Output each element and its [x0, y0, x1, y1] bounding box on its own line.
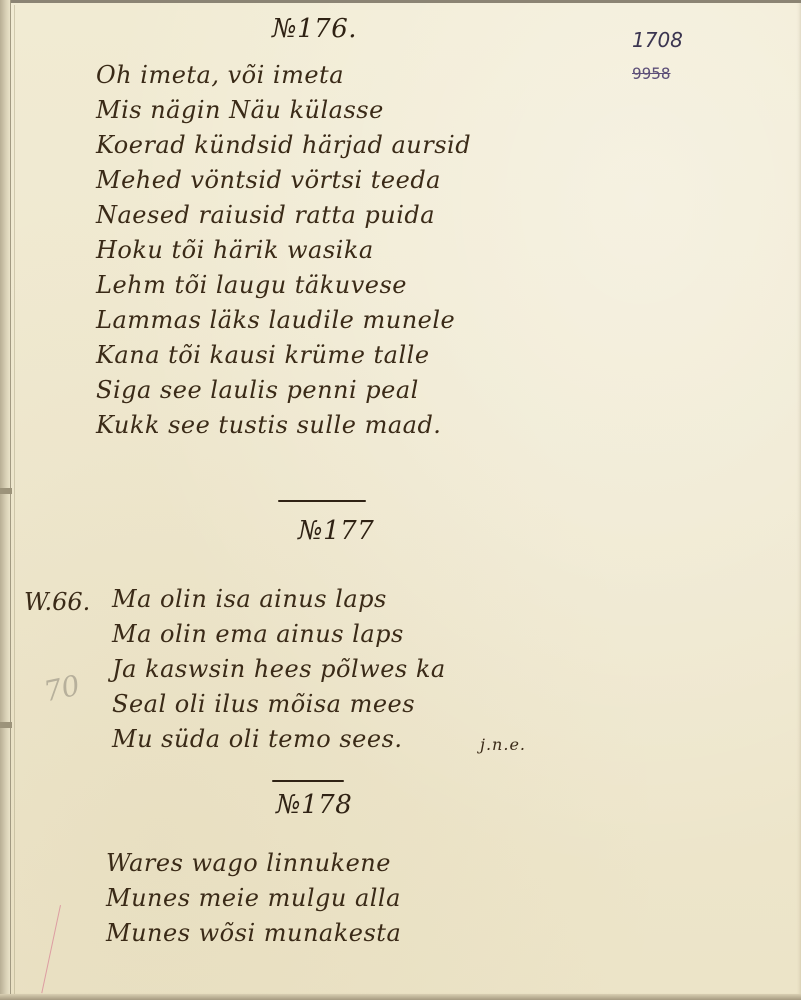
verse-line: Ja kaswsin hees põlwes ka [112, 652, 446, 687]
verse-line: Kukk see tustis sulle maad. [96, 408, 471, 443]
verse-line: Ma olin ema ainus laps [112, 617, 446, 652]
archive-number: 1708 [632, 28, 683, 52]
verse-line: Mehed vöntsid vörtsi teeda [96, 163, 471, 198]
song-178-verse: Wares wago linnukene Munes meie mulgu al… [106, 846, 401, 951]
verse-line: Ma olin isa ainus laps [112, 582, 446, 617]
binding-stitch [0, 722, 12, 728]
verse-line: Munes wõsi munakesta [106, 916, 401, 951]
binding-stitch [0, 488, 12, 494]
page-fold-line [14, 5, 15, 995]
song-176-heading: №176. [272, 14, 357, 44]
verse-line: Naesed raiusid ratta puida [96, 198, 471, 233]
verse-line: Koerad kündsid härjad aursid [96, 128, 471, 163]
verse-line: Mu süda oli temo sees. [112, 722, 446, 757]
verse-line: Kana tõi kausi krüme talle [96, 338, 471, 373]
song-177-verse: Ma olin isa ainus laps Ma olin ema ainus… [112, 582, 446, 757]
page-top-edge [0, 0, 801, 3]
margin-pink-rule [41, 905, 61, 993]
verse-line: Lehm tõi laugu täkuvese [96, 268, 471, 303]
pencil-margin-note: 70 [41, 669, 83, 709]
verse-line: Oh imeta, või imeta [96, 58, 471, 93]
verse-line: Siga see laulis penni peal [96, 373, 471, 408]
verse-line: Munes meie mulgu alla [106, 881, 401, 916]
verse-line: Hoku tõi härik wasika [96, 233, 471, 268]
archive-number-crossed-out: 9958 [632, 64, 671, 83]
verse-line: Seal oli ilus mõisa mees [112, 687, 446, 722]
verse-line: Wares wago linnukene [106, 846, 401, 881]
page-bottom-edge [0, 994, 801, 1000]
page-binding-edge [0, 0, 11, 1000]
manuscript-page: 1708 9958 №176. Oh imeta, või imeta Mis … [0, 0, 801, 1000]
verse-line: Lammas läks laudile munele [96, 303, 471, 338]
song-176-verse: Oh imeta, või imeta Mis nägin Näu külass… [96, 58, 471, 443]
section-divider [278, 500, 366, 502]
etc-abbreviation: j.n.e. [480, 735, 526, 754]
song-177-heading: №177 [298, 516, 374, 546]
section-divider [272, 780, 344, 782]
verse-line: Mis nägin Näu külasse [96, 93, 471, 128]
margin-reference-note: W.66. [24, 588, 90, 616]
song-178-heading: №178 [276, 790, 352, 820]
